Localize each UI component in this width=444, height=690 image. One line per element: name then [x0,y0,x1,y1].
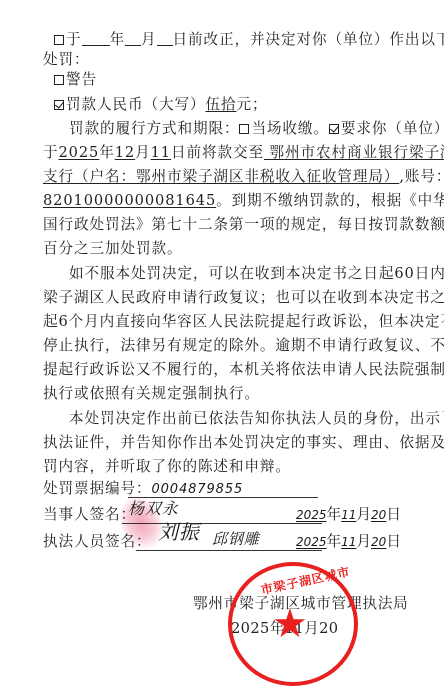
day-blank [157,31,173,46]
officer-signature-underline [136,549,322,551]
correction-line: 于年月日前改正，并决定对你（单位）作出以下 [54,31,444,49]
bank-name: 鄂州市农村商业银行梁子湖区 [264,144,444,161]
official-seal: ★ 市梁子湖区城市 [228,562,358,686]
account-number: 82010000000081645 [43,192,216,209]
star-icon: ★ [272,604,308,644]
party-signature-date: 2025年11月20日 [296,506,401,524]
officer-signature-1: 刘振 [158,523,200,541]
year-blank [82,31,110,46]
penalty-heading: 处罚： [43,51,89,69]
appeal-line: 起6个月内直接向华容区人民法院提起行政诉讼，但本决定不 [43,313,444,331]
warning-checkbox[interactable] [54,75,64,85]
stamp-text: 市梁子湖区城市 [259,563,352,599]
require-checkbox-checked[interactable] [329,124,339,134]
payment-method-line: 罚款的履行方式和期限：当场收缴。要求你（单位） [69,120,444,138]
onsite-checkbox[interactable] [239,124,249,134]
appeal-line: 梁子湖区人民政府申请行政复议；也可以在收到本决定书之日 [43,289,444,307]
bank-account-line: 支行（户名：鄂州市梁子湖区非税收入征收管理局）,账号： [43,168,444,186]
fine-option: 罚款人民币（大写）伍拾元； [54,96,267,114]
party-signature: 杨双永 [128,500,179,518]
payment-deadline-line: 于2025年12月11日前将款交至 鄂州市农村商业银行梁子湖区 [43,144,444,162]
receipt-underline [128,496,318,498]
warning-option: 警告 [54,71,97,89]
notice-line: 执法证件，并告知你作出本处罚决定的事实、理由、依据及处 [43,434,444,452]
notice-line: 罚内容，并听取了你的陈述和申辩。 [43,458,291,476]
fine-amount: 伍拾 [205,96,236,113]
month-blank [125,31,141,46]
appeal-line: 如不服本处罚决定，可以在收到本决定书之日起60日内向 [69,265,444,283]
appeal-line: 停止执行，法律另有规定的除外。逾期不申请行政复议、不 [43,337,444,355]
officer-signature-date: 2025年11月20日 [296,533,401,551]
late-fee-line-2: 国行政处罚法》第七十二条第一项的规定，每日按罚款数额的 [43,216,444,234]
fine-checkbox-checked[interactable] [54,100,64,110]
receipt-number: 0004879855 [151,482,243,497]
party-signature-underline [122,522,322,524]
appeal-line: 提起行政诉讼又不履行的，本机关将依法申请人民法院强制 [43,361,444,379]
notice-line: 本处罚决定作出前已依法告知你执法人员的身份，出示了 [69,410,444,428]
appeal-line: 执行或依照有关规定强制执行。 [43,385,260,403]
late-fee-line-3: 百分之三加处罚款。 [43,240,182,258]
account-number-line: 82010000000081645。到期不缴纳罚款的，根据《中华人民共和 [43,192,444,210]
correction-checkbox[interactable] [54,35,64,45]
officer-signature-2: 邱钢雕 [212,530,260,548]
